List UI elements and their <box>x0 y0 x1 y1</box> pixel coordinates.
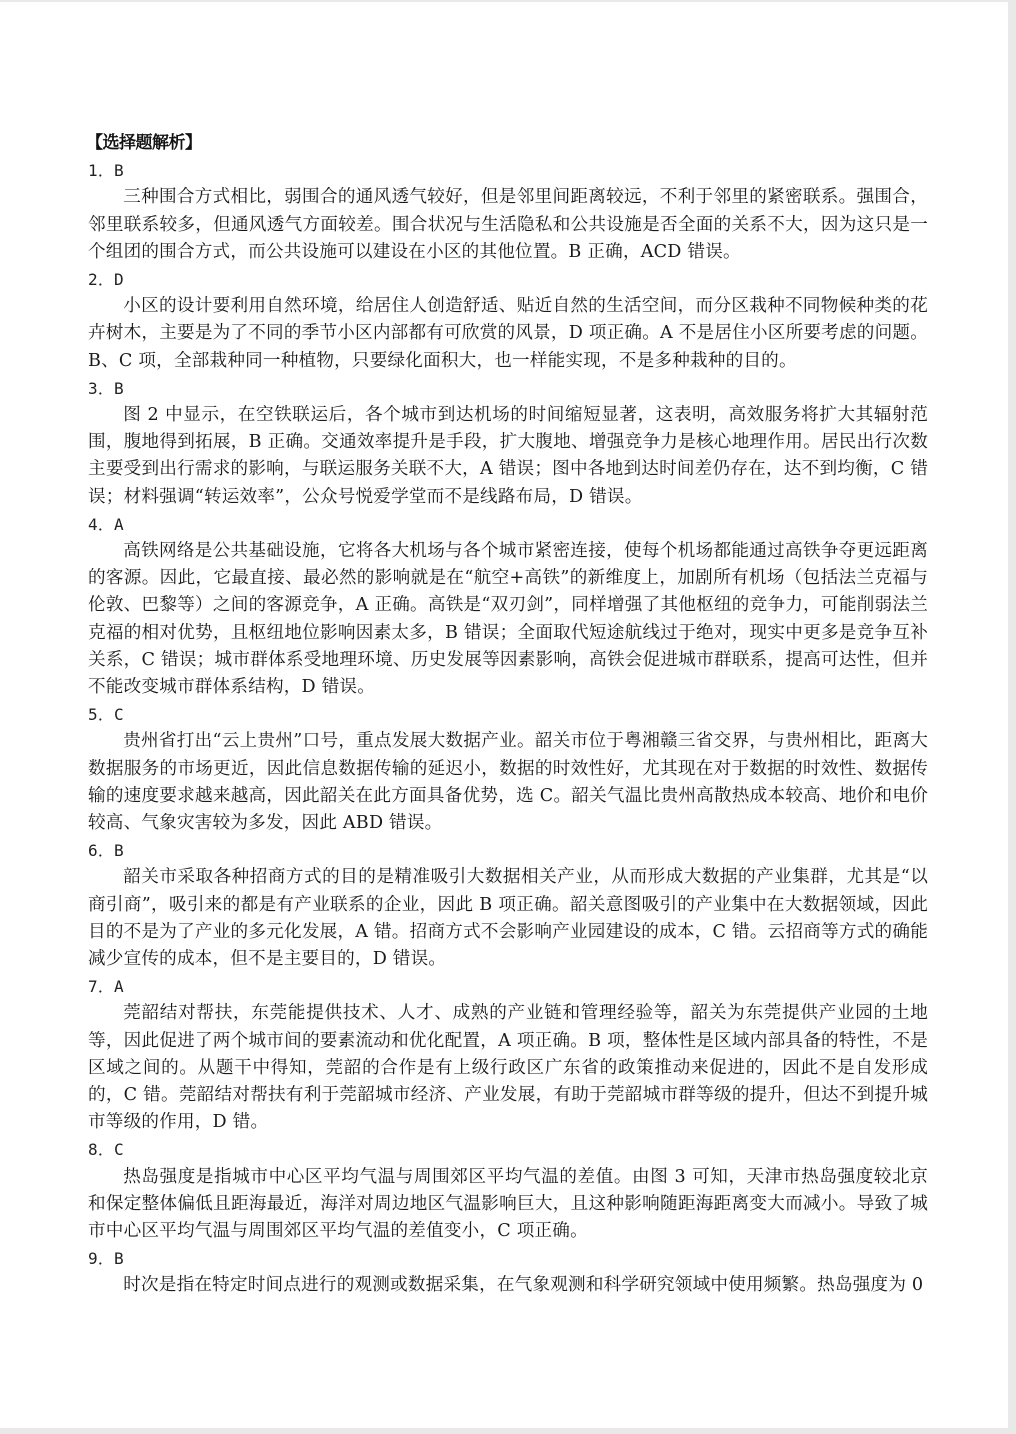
question-block-7: 7．A 莞韶结对帮扶，东莞能提供技术、人才、成熟的产业链和管理经验等，韶关为东莞… <box>88 973 928 1136</box>
question-number: 1．B <box>88 157 928 184</box>
question-number: 5．C <box>88 701 928 728</box>
section-title: 【选择题解析】 <box>86 130 928 157</box>
question-number: 7．A <box>88 973 928 1000</box>
question-explanation: 韶关市采取各种招商方式的目的是精准吸引大数据相关产业，从而形成大数据的产业集群，… <box>88 864 928 973</box>
question-explanation: 贵州省打出“云上贵州”口号，重点发展大数据产业。韶关市位于粤湘赣三省交界，与贵州… <box>88 728 928 837</box>
question-explanation: 小区的设计要利用自然环境，给居住人创造舒适、贴近自然的生活空间，而分区栽种不同物… <box>88 293 928 375</box>
document-page: 【选择题解析】 1．B 三种围合方式相比，弱围合的通风透气较好，但是邻里间距离较… <box>0 2 1008 1428</box>
question-block-3: 3．B 图 2 中显示，在空铁联运后，各个城市到达机场的时间缩短显著，这表明，高… <box>88 375 928 511</box>
question-block-8: 8．C 热岛强度是指城市中心区平均气温与周围郊区平均气温的差值。由图 3 可知，… <box>88 1136 928 1245</box>
question-number: 9．B <box>88 1245 928 1272</box>
question-number: 2．D <box>88 266 928 293</box>
document-content: 【选择题解析】 1．B 三种围合方式相比，弱围合的通风透气较好，但是邻里间距离较… <box>88 130 928 1300</box>
question-block-2: 2．D 小区的设计要利用自然环境，给居住人创造舒适、贴近自然的生活空间，而分区栽… <box>88 266 928 375</box>
question-number: 3．B <box>88 375 928 402</box>
question-block-9: 9．B 时次是指在特定时间点进行的观测或数据采集，在气象观测和科学研究领域中使用… <box>88 1245 928 1299</box>
question-explanation: 时次是指在特定时间点进行的观测或数据采集，在气象观测和科学研究领域中使用频繁。热… <box>88 1272 928 1299</box>
question-number: 8．C <box>88 1136 928 1163</box>
question-block-5: 5．C 贵州省打出“云上贵州”口号，重点发展大数据产业。韶关市位于粤湘赣三省交界… <box>88 701 928 837</box>
question-number: 4．A <box>88 511 928 538</box>
question-block-4: 4．A 高铁网络是公共基础设施，它将各大机场与各个城市紧密连接，使每个机场都能通… <box>88 511 928 701</box>
question-block-6: 6．B 韶关市采取各种招商方式的目的是精准吸引大数据相关产业，从而形成大数据的产… <box>88 837 928 973</box>
question-explanation: 图 2 中显示，在空铁联运后，各个城市到达机场的时间缩短显著，这表明，高效服务将… <box>88 402 928 511</box>
question-explanation: 三种围合方式相比，弱围合的通风透气较好，但是邻里间距离较远，不利于邻里的紧密联系… <box>88 184 928 266</box>
question-explanation: 莞韶结对帮扶，东莞能提供技术、人才、成熟的产业链和管理经验等，韶关为东莞提供产业… <box>88 1000 928 1136</box>
question-explanation: 热岛强度是指城市中心区平均气温与周围郊区平均气温的差值。由图 3 可知，天津市热… <box>88 1164 928 1246</box>
question-explanation: 高铁网络是公共基础设施，它将各大机场与各个城市紧密连接，使每个机场都能通过高铁争… <box>88 538 928 701</box>
question-number: 6．B <box>88 837 928 864</box>
question-block-1: 1．B 三种围合方式相比，弱围合的通风透气较好，但是邻里间距离较远，不利于邻里的… <box>88 157 928 266</box>
